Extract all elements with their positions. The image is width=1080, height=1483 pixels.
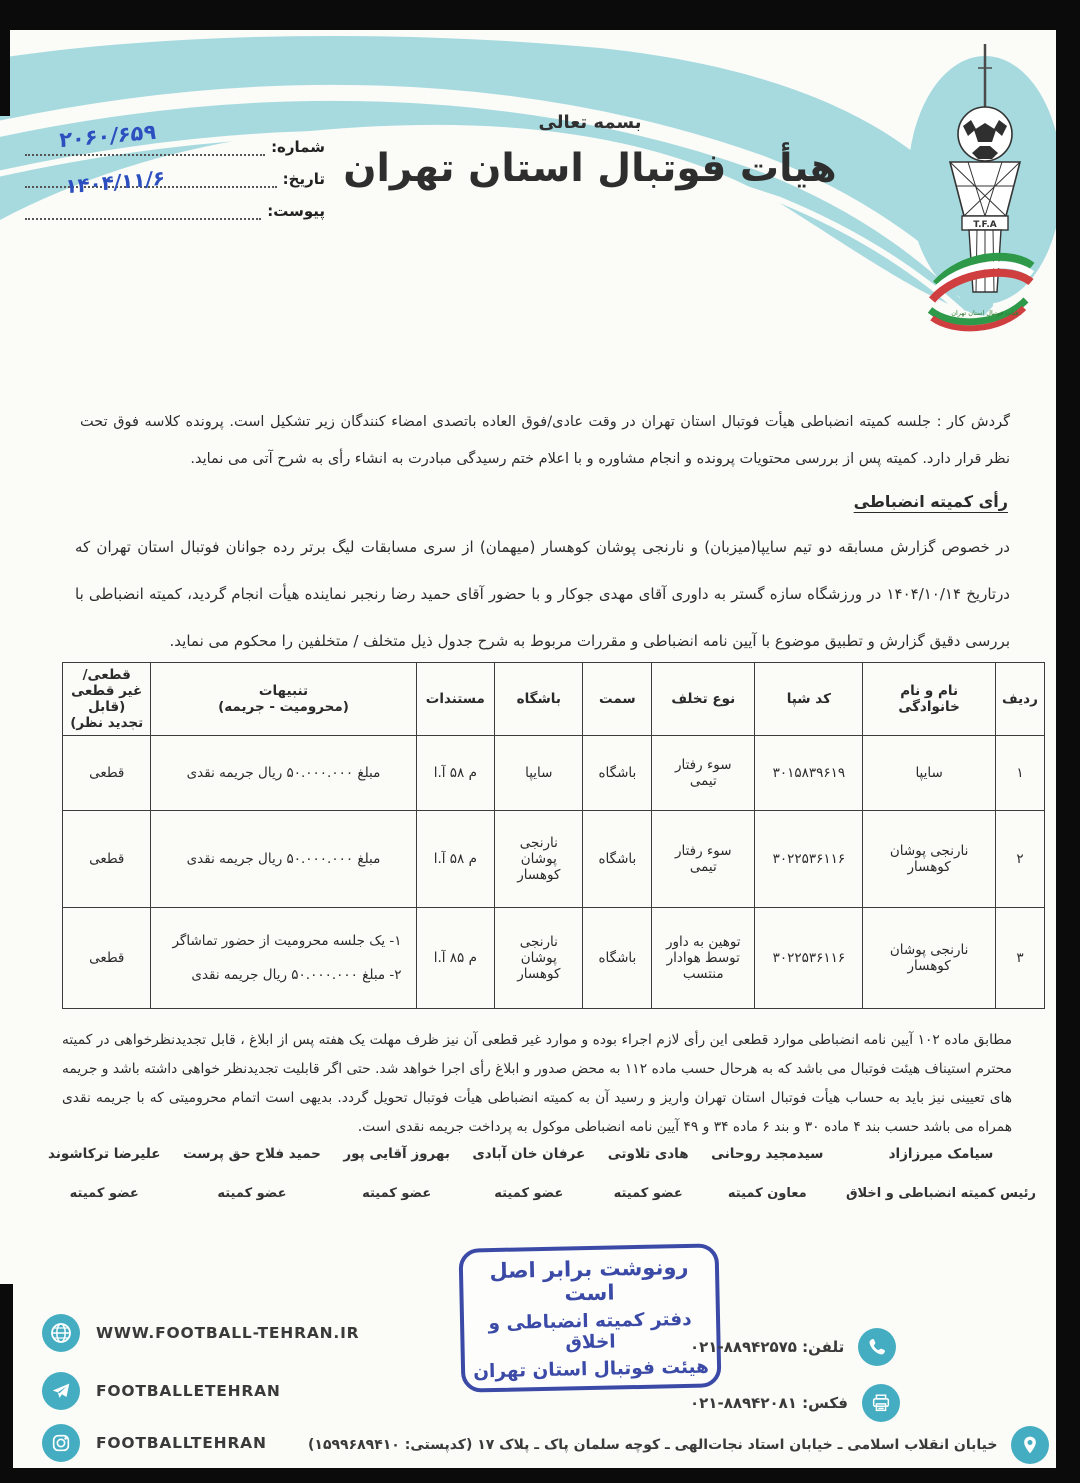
footer-fax-row: فکس: ۰۲۱-۸۸۹۴۲۰۸۱ (690, 1384, 900, 1422)
certified-copy-stamp: رونوشت برابر اصل است دفتر کمیته انضباطی … (459, 1243, 722, 1392)
verdict-table-wrapper: ردیف نام و نام خانوادگی کد شپا نوع تخلف … (62, 662, 1045, 1009)
fax-number: ۰۲۱-۸۸۹۴۲۰۸۱ (690, 1394, 797, 1412)
footer-phone-row: تلفن: ۰۲۱-۸۸۹۴۲۵۷۵ (690, 1328, 896, 1366)
footer-telegram-row: FOOTBALLETEHRAN (42, 1372, 281, 1410)
cell-row-number: ۲ (995, 811, 1044, 908)
letter-attachment-dotted-line (25, 204, 261, 220)
fax-printer-icon (862, 1384, 900, 1422)
signature-name: هادی تلاوتی (608, 1146, 689, 1162)
cell-row-number: ۱ (995, 736, 1044, 811)
svg-text:T.F.A: T.F.A (973, 220, 996, 230)
cell-documentation: م ۸۵ آ.ا (416, 908, 495, 1009)
signature-member: علیرضا ترکاشوند عضو کمیته (48, 1146, 160, 1201)
phone-label: تلفن: (802, 1338, 844, 1356)
signature-member: هادی تلاوتی عضو کمیته (608, 1146, 689, 1201)
cell-documentation: م ۵۸ آ.ا (416, 736, 495, 811)
footer-instagram-row: FOOTBALLTEHRAN (42, 1424, 267, 1462)
letter-attachment-label: پیوست: (267, 202, 325, 220)
cell-club: سایپا (495, 736, 583, 811)
cell-penalty: مبلغ ۵۰.۰۰۰.۰۰۰ ریال جریمه نقدی (151, 736, 416, 811)
signatures-row: سیامک میرزازاد رئیس کمیته انضباطی و اخلا… (48, 1146, 1036, 1201)
cell-row-number: ۳ (995, 908, 1044, 1009)
cell-penalty: مبلغ ۵۰.۰۰۰.۰۰۰ ریال جریمه نقدی (151, 811, 416, 908)
signature-name: سیدمجید روحانی (711, 1146, 823, 1162)
signature-role: رئیس کمیته انضباطی و اخلاق (846, 1186, 1036, 1201)
cell-violation: سوء رفتار تیمی (652, 811, 755, 908)
stamp-line-1: رونوشت برابر اصل است (463, 1254, 716, 1307)
cell-position: باشگاه (583, 811, 652, 908)
workflow-paragraph: گردش کار : جلسه کمیته انضباطی هیأت فوتبا… (80, 404, 1010, 478)
phone-icon (858, 1328, 896, 1366)
col-penalties: تنبیهات (محرومیت - جریمه) (151, 663, 416, 736)
cell-violation: توهین به داور توسط هوادار منتسب (652, 908, 755, 1009)
col-position: سمت (583, 663, 652, 736)
cell-club: نارنجی پوشان کوهسار (495, 908, 583, 1009)
col-violation-type: نوع تخلف (652, 663, 755, 736)
location-pin-icon (1011, 1426, 1049, 1464)
cell-shpa-code: ۳۰۲۲۵۳۶۱۱۶ (755, 811, 863, 908)
telegram-icon (42, 1372, 80, 1410)
cell-shpa-code: ۳۰۲۲۵۳۶۱۱۶ (755, 908, 863, 1009)
signature-role: معاون کمیته (711, 1186, 823, 1201)
fax-label: فکس: (802, 1394, 848, 1412)
signature-name: حمید فلاح حق پرست (183, 1146, 321, 1162)
table-row: ۲ نارنجی پوشان کوهسار ۳۰۲۲۵۳۶۱۱۶ سوء رفت… (63, 811, 1045, 908)
signature-name: عرفان خان آبادی (472, 1146, 585, 1162)
cell-documentation: م ۵۸ آ.ا (416, 811, 495, 908)
cell-position: باشگاه (583, 736, 652, 811)
cell-name: نارنجی پوشان کوهسار (863, 908, 996, 1009)
signature-deputy: سیدمجید روحانی معاون کمیته (711, 1146, 823, 1201)
signature-role: عضو کمیته (472, 1186, 585, 1201)
telegram-handle: FOOTBALLETEHRAN (96, 1382, 281, 1400)
bismillah-text: بسمه تعالی (330, 112, 850, 133)
col-final-status: قطعی/ غیر قطعی (قابل تجدید نظر) (63, 663, 151, 736)
cell-penalty: ۱- یک جلسه محرومیت از حضور تماشاگر ۲- مب… (151, 908, 416, 1009)
signature-chairman: سیامک میرزازاد رئیس کمیته انضباطی و اخلا… (846, 1146, 1036, 1201)
col-club: باشگاه (495, 663, 583, 736)
document-page: T.F.A هیات فوتبال استان تهران شماره: تار… (0, 0, 1080, 1483)
website-url: WWW.FOOTBALL-TEHRAN.IR (96, 1324, 359, 1342)
stamp-line-2: دفتر کمیته انضباطی و اخلاق (464, 1308, 717, 1355)
signature-role: عضو کمیته (608, 1186, 689, 1201)
verdict-table: ردیف نام و نام خانوادگی کد شپا نوع تخلف … (62, 662, 1045, 1009)
cell-name: نارنجی پوشان کوهسار (863, 811, 996, 908)
scan-border-left-bottom (0, 1284, 13, 1468)
cell-violation: سوء رفتار تیمی (652, 736, 755, 811)
signature-member: بهروز آقایی پور عضو کمیته (343, 1146, 450, 1201)
cell-name: سایپا (863, 736, 996, 811)
regulation-paragraph: مطابق ماده ۱۰۲ آیین نامه انضباطی موارد ق… (62, 1026, 1012, 1142)
signature-member: عرفان خان آبادی عضو کمیته (472, 1146, 585, 1201)
instagram-icon (42, 1424, 80, 1462)
scan-border-left-top (0, 30, 10, 116)
signature-role: عضو کمیته (183, 1186, 321, 1201)
footer-website-row: WWW.FOOTBALL-TEHRAN.IR (42, 1314, 359, 1352)
website-globe-icon (42, 1314, 80, 1352)
cell-club: نارنجی پوشان کوهسار (495, 811, 583, 908)
svg-text:هیات فوتبال استان تهران: هیات فوتبال استان تهران (951, 309, 1019, 317)
stamp-line-3: هیئت فوتبال استان تهران (465, 1356, 717, 1382)
signature-member: حمید فلاح حق پرست عضو کمیته (183, 1146, 321, 1201)
col-documentation: مستندات (416, 663, 495, 736)
verdict-heading: رأی کمیته انضباطی (60, 492, 1008, 511)
col-name: نام و نام خانوادگی (863, 663, 996, 736)
signature-name: بهروز آقایی پور (343, 1146, 450, 1162)
verdict-paragraph: در خصوص گزارش مسابقه دو تیم سایپا(میزبان… (75, 524, 1010, 665)
cell-status: قطعی (63, 811, 151, 908)
table-row: ۱ سایپا ۳۰۱۵۸۳۹۶۱۹ سوء رفتار تیمی باشگاه… (63, 736, 1045, 811)
table-header-row: ردیف نام و نام خانوادگی کد شپا نوع تخلف … (63, 663, 1045, 736)
cell-status: قطعی (63, 736, 151, 811)
cell-shpa-code: ۳۰۱۵۸۳۹۶۱۹ (755, 736, 863, 811)
phone-number: ۰۲۱-۸۸۹۴۲۵۷۵ (690, 1338, 797, 1356)
scan-border-top (0, 0, 1080, 30)
signature-role: عضو کمیته (48, 1186, 160, 1201)
cell-status: قطعی (63, 908, 151, 1009)
signature-name: علیرضا ترکاشوند (48, 1146, 160, 1162)
organization-title: هیأت فوتبال استان تهران (270, 146, 910, 191)
col-row-number: ردیف (995, 663, 1044, 736)
table-row: ۳ نارنجی پوشان کوهسار ۳۰۲۲۵۳۶۱۱۶ توهین ب… (63, 908, 1045, 1009)
scan-border-bottom (0, 1468, 1080, 1483)
signature-role: عضو کمیته (343, 1186, 450, 1201)
cell-position: باشگاه (583, 908, 652, 1009)
col-shpa-code: کد شپا (755, 663, 863, 736)
address-text: خیابان انقلاب اسلامی ـ خیابان استاد نجات… (308, 1437, 997, 1453)
footer-address-row: خیابان انقلاب اسلامی ـ خیابان استاد نجات… (308, 1426, 1049, 1464)
letter-attachment-field: پیوست: (25, 202, 325, 220)
instagram-handle: FOOTBALLTEHRAN (96, 1434, 267, 1452)
signature-name: سیامک میرزازاد (846, 1146, 1036, 1162)
scan-border-right (1056, 0, 1080, 1483)
